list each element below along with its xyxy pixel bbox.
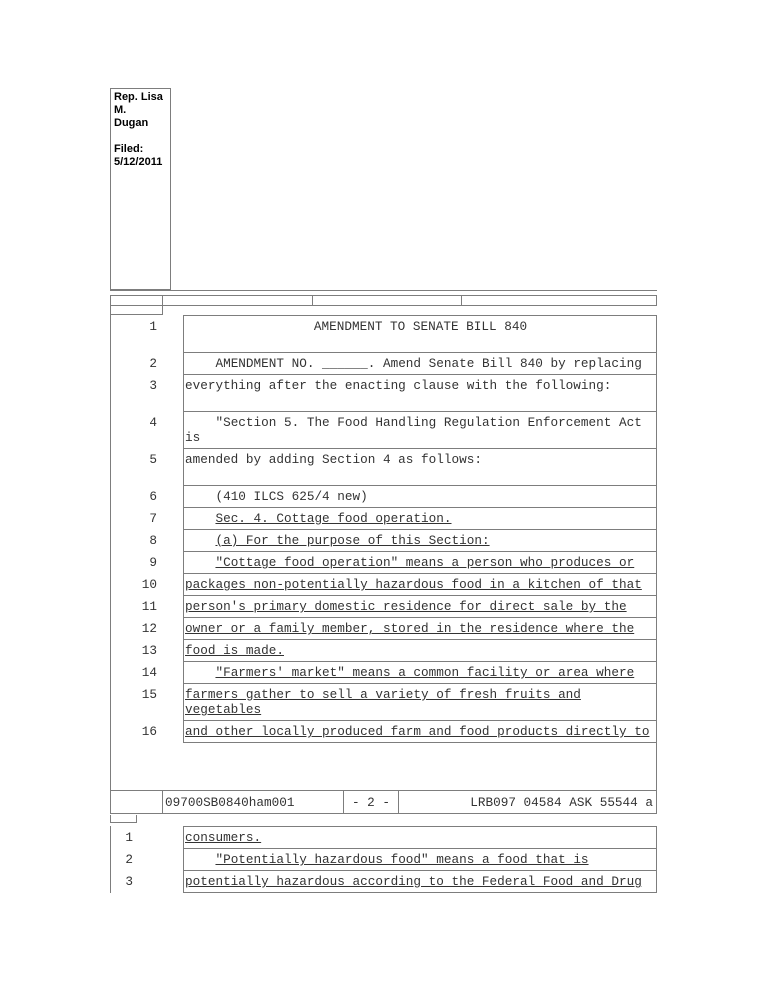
text-line: farmers gather to sell a variety of fres… bbox=[185, 687, 656, 702]
table-row: 9 "Cottage food operation" means a perso… bbox=[111, 551, 656, 573]
text-line: (410 ILCS 625/4 new) bbox=[185, 489, 656, 504]
line-number: 11 bbox=[111, 595, 183, 617]
strip-cell bbox=[163, 296, 313, 305]
indent bbox=[185, 852, 215, 867]
text-content: "Section 5. The Food Handling Regulation… bbox=[215, 415, 641, 430]
indent bbox=[185, 533, 215, 548]
line-text-cell: packages non-potentially hazardous food … bbox=[183, 573, 656, 595]
step-bracket bbox=[110, 815, 137, 823]
indent bbox=[185, 511, 215, 526]
line-text-cell: "Section 5. The Food Handling Regulation… bbox=[183, 411, 656, 448]
text-content: (410 ILCS 625/4 new) bbox=[215, 489, 367, 504]
line-text-cell: consumers. bbox=[183, 826, 656, 848]
indent bbox=[185, 489, 215, 504]
text-content: AMENDMENT NO. ______. Amend Senate Bill … bbox=[215, 356, 641, 371]
table-row: 2 "Potentially hazardous food" means a f… bbox=[111, 848, 656, 870]
page1-rows: 1AMENDMENT TO SENATE BILL 8402 AMENDMENT… bbox=[111, 315, 656, 743]
text-line: packages non-potentially hazardous food … bbox=[185, 577, 656, 592]
text-content: packages non-potentially hazardous food … bbox=[185, 577, 642, 592]
header-doc-number: 09700SB0840ham001 bbox=[163, 791, 344, 813]
text-content: and other locally produced farm and food… bbox=[185, 724, 649, 739]
text-line: amended by adding Section 4 as follows: bbox=[185, 452, 656, 467]
table-row: 6 (410 ILCS 625/4 new) bbox=[111, 485, 656, 507]
line-text-cell: food is made. bbox=[183, 639, 656, 661]
text-line: potentially hazardous according to the F… bbox=[185, 874, 656, 889]
line-number: 16 bbox=[111, 720, 183, 743]
text-line: is bbox=[185, 430, 656, 445]
page1-filler bbox=[111, 743, 656, 791]
line-number: 5 bbox=[111, 448, 183, 485]
text-line: consumers. bbox=[185, 830, 656, 845]
text-line: Sec. 4. Cottage food operation. bbox=[185, 511, 656, 526]
strip-cell bbox=[462, 296, 656, 305]
text-line bbox=[185, 334, 656, 349]
text-line: AMENDMENT NO. ______. Amend Senate Bill … bbox=[185, 356, 656, 371]
line-number: 12 bbox=[111, 617, 183, 639]
filed-by-line: 5/12/2011 bbox=[114, 156, 168, 169]
text-content: is bbox=[185, 430, 200, 445]
text-content: "Potentially hazardous food" means a foo… bbox=[215, 852, 588, 867]
header-strip bbox=[110, 295, 657, 306]
line-text-cell: potentially hazardous according to the F… bbox=[183, 870, 656, 893]
line-text-cell: Sec. 4. Cottage food operation. bbox=[183, 507, 656, 529]
line-text-cell: AMENDMENT NO. ______. Amend Senate Bill … bbox=[183, 352, 656, 374]
text-line bbox=[185, 393, 656, 408]
table-row: 15farmers gather to sell a variety of fr… bbox=[111, 683, 656, 720]
line-text-cell: (a) For the purpose of this Section: bbox=[183, 529, 656, 551]
table-row: 7 Sec. 4. Cottage food operation. bbox=[111, 507, 656, 529]
text-line: vegetables bbox=[185, 702, 656, 717]
text-line: (a) For the purpose of this Section: bbox=[185, 533, 656, 548]
line-number: 10 bbox=[111, 573, 183, 595]
text-content: (a) For the purpose of this Section: bbox=[215, 533, 489, 548]
filed-by-line: Dugan bbox=[114, 117, 168, 130]
table-row: 2 AMENDMENT NO. ______. Amend Senate Bil… bbox=[111, 352, 656, 374]
line-number: 8 bbox=[111, 529, 183, 551]
line-number: 6 bbox=[111, 485, 183, 507]
text-content: owner or a family member, stored in the … bbox=[185, 621, 634, 636]
line-text-cell: everything after the enacting clause wit… bbox=[183, 374, 656, 411]
filed-by-line: Filed: bbox=[114, 143, 168, 156]
text-content: potentially hazardous according to the F… bbox=[185, 874, 642, 889]
text-line: owner or a family member, stored in the … bbox=[185, 621, 656, 636]
table-row: 14 "Farmers' market" means a common faci… bbox=[111, 661, 656, 683]
table-row: 3everything after the enacting clause wi… bbox=[111, 374, 656, 411]
line-number: 14 bbox=[111, 661, 183, 683]
line-number: 15 bbox=[111, 683, 183, 720]
text-line: and other locally produced farm and food… bbox=[185, 724, 656, 739]
table-row: 12owner or a family member, stored in th… bbox=[111, 617, 656, 639]
line-number: 1 bbox=[111, 826, 183, 848]
line-text-cell: "Farmers' market" means a common facilit… bbox=[183, 661, 656, 683]
page2-header-row: 09700SB0840ham001 - 2 - LRB097 04584 ASK… bbox=[110, 790, 657, 814]
strip-cell bbox=[111, 296, 163, 305]
page2-table: 1consumers.2 "Potentially hazardous food… bbox=[110, 826, 657, 893]
text-content: "Farmers' market" means a common facilit… bbox=[215, 665, 634, 680]
text-content: vegetables bbox=[185, 702, 261, 717]
text-content: food is made. bbox=[185, 643, 284, 658]
text-content: person's primary domestic residence for … bbox=[185, 599, 627, 614]
text-content: AMENDMENT TO SENATE BILL 840 bbox=[314, 319, 527, 334]
table-row: 1consumers. bbox=[111, 826, 656, 848]
table-row: 1AMENDMENT TO SENATE BILL 840 bbox=[111, 315, 656, 352]
line-text-cell: "Cottage food operation" means a person … bbox=[183, 551, 656, 573]
text-content: Sec. 4. Cottage food operation. bbox=[215, 511, 451, 526]
line-text-cell: farmers gather to sell a variety of fres… bbox=[183, 683, 656, 720]
header-empty-cell bbox=[111, 791, 163, 813]
text-content: farmers gather to sell a variety of fres… bbox=[185, 687, 581, 702]
filed-by-box: Rep. LisaM.DuganFiled:5/12/2011 bbox=[110, 88, 171, 290]
table-row: 16and other locally produced farm and fo… bbox=[111, 720, 656, 743]
line-text-cell: owner or a family member, stored in the … bbox=[183, 617, 656, 639]
text-content: amended by adding Section 4 as follows: bbox=[185, 452, 482, 467]
text-line: person's primary domestic residence for … bbox=[185, 599, 656, 614]
table-row: 11person's primary domestic residence fo… bbox=[111, 595, 656, 617]
line-number: 7 bbox=[111, 507, 183, 529]
table-row: 10packages non-potentially hazardous foo… bbox=[111, 573, 656, 595]
text-line: AMENDMENT TO SENATE BILL 840 bbox=[185, 319, 656, 334]
page1-table: 1AMENDMENT TO SENATE BILL 8402 AMENDMENT… bbox=[110, 315, 657, 791]
line-text-cell: (410 ILCS 625/4 new) bbox=[183, 485, 656, 507]
text-content: consumers. bbox=[185, 830, 261, 845]
text-line: "Potentially hazardous food" means a foo… bbox=[185, 852, 656, 867]
strip-cell bbox=[313, 296, 462, 305]
table-row: 5amended by adding Section 4 as follows: bbox=[111, 448, 656, 485]
table-row: 8 (a) For the purpose of this Section: bbox=[111, 529, 656, 551]
line-number: 2 bbox=[111, 352, 183, 374]
line-number: 9 bbox=[111, 551, 183, 573]
line-number: 2 bbox=[111, 848, 183, 870]
line-text-cell: person's primary domestic residence for … bbox=[183, 595, 656, 617]
document-page: Rep. LisaM.DuganFiled:5/12/2011 1AMENDME… bbox=[0, 0, 768, 994]
text-content: "Cottage food operation" means a person … bbox=[215, 555, 634, 570]
line-number: 13 bbox=[111, 639, 183, 661]
text-line: "Farmers' market" means a common facilit… bbox=[185, 665, 656, 680]
line-number: 3 bbox=[111, 374, 183, 411]
table-row: 3potentially hazardous according to the … bbox=[111, 870, 656, 893]
header-lrb-number: LRB097 04584 ASK 55544 a bbox=[399, 791, 656, 813]
line-text-cell: "Potentially hazardous food" means a foo… bbox=[183, 848, 656, 870]
page2-rows: 1consumers.2 "Potentially hazardous food… bbox=[111, 826, 656, 893]
indent bbox=[185, 415, 215, 430]
text-line: food is made. bbox=[185, 643, 656, 658]
text-line bbox=[185, 467, 656, 482]
indent bbox=[185, 665, 215, 680]
filed-by-line: M. bbox=[114, 104, 168, 117]
text-line: "Cottage food operation" means a person … bbox=[185, 555, 656, 570]
line-number: 1 bbox=[111, 315, 183, 352]
step-bracket bbox=[110, 306, 163, 315]
line-text-cell: AMENDMENT TO SENATE BILL 840 bbox=[183, 315, 656, 352]
line-number: 4 bbox=[111, 411, 183, 448]
line-text-cell: and other locally produced farm and food… bbox=[183, 720, 656, 743]
table-row: 4 "Section 5. The Food Handling Regulati… bbox=[111, 411, 656, 448]
indent bbox=[185, 555, 215, 570]
header-page-number: - 2 - bbox=[344, 791, 399, 813]
top-table-bottom-border bbox=[110, 290, 657, 291]
indent bbox=[185, 356, 215, 371]
text-line: "Section 5. The Food Handling Regulation… bbox=[185, 415, 656, 430]
text-line: everything after the enacting clause wit… bbox=[185, 378, 656, 393]
line-number: 3 bbox=[111, 870, 183, 893]
text-content: everything after the enacting clause wit… bbox=[185, 378, 611, 393]
filed-by-line bbox=[114, 130, 168, 143]
line-text-cell: amended by adding Section 4 as follows: bbox=[183, 448, 656, 485]
filed-by-line: Rep. Lisa bbox=[114, 91, 168, 104]
table-row: 13food is made. bbox=[111, 639, 656, 661]
